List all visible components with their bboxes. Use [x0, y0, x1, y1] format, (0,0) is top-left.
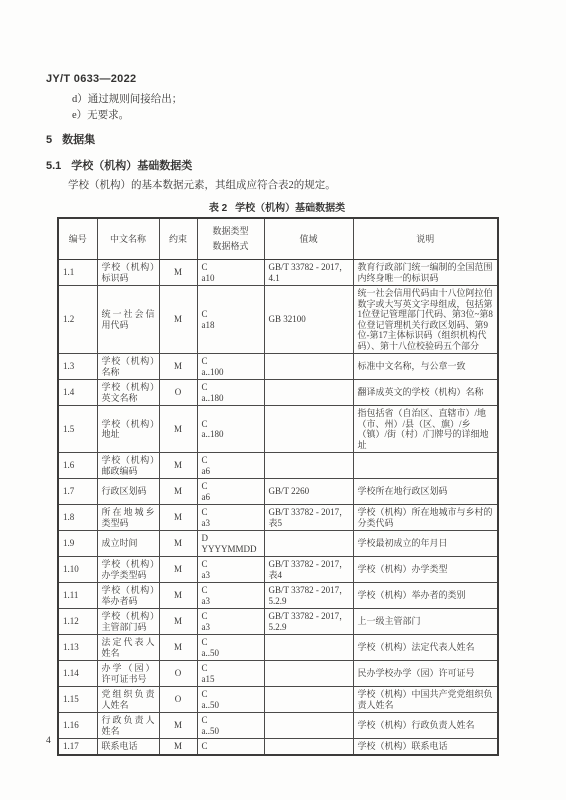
page-number: 4 [46, 736, 51, 746]
cell-name: 学校（机构）地址 [97, 406, 159, 453]
cell-desc: 指包括省（自治区、直辖市）/地（市、州）/县（区、旗）/乡（镇）/街（村）/门牌… [353, 406, 498, 453]
cell-datatype: C a6 [197, 453, 264, 479]
cell-range [264, 687, 353, 713]
cell-id: 1.2 [58, 286, 97, 354]
cell-range: GB/T 33782 - 2017， 4.1 [264, 260, 353, 286]
cell-range [264, 713, 353, 739]
list-item-d: d）通过规则间接给出； [72, 91, 182, 106]
table-row: 1.13法定代表人姓名MC a..50学校（机构）法定代表人姓名 [58, 635, 498, 661]
cell-constraint: M [159, 260, 197, 286]
table-row: 1.7行政区划码MC a6GB/T 2260学校所在地行政区划码 [58, 479, 498, 505]
header-id: 编号 [58, 218, 97, 260]
cell-datatype: C a..50 [197, 687, 264, 713]
table-row: 1.10学校（机构）办学类型码MC a3GB/T 33782 - 2017， 表… [58, 557, 498, 583]
cell-datatype: D YYYYMMDD [197, 531, 264, 557]
cell-range [264, 531, 353, 557]
table-row: 1.9成立时间MD YYYYMMDD学校最初成立的年月日 [58, 531, 498, 557]
cell-id: 1.3 [58, 354, 97, 380]
cell-id: 1.13 [58, 635, 97, 661]
header-range: 值域 [264, 218, 353, 260]
cell-datatype: C a3 [197, 557, 264, 583]
cell-constraint: M [159, 713, 197, 739]
cell-datatype: C a3 [197, 609, 264, 635]
cell-constraint: M [159, 739, 197, 755]
cell-constraint: M [159, 635, 197, 661]
cell-desc: 教育行政部门统一编制的全国范围内终身唯一的标识码 [353, 260, 498, 286]
cell-constraint: M [159, 531, 197, 557]
cell-name: 学校（机构）标识码 [97, 260, 159, 286]
cell-name: 办学（园）许可证书号 [97, 661, 159, 687]
cell-constraint: M [159, 453, 197, 479]
cell-datatype: C a6 [197, 479, 264, 505]
table-row: 1.17联系电话MC学校（机构）联系电话 [58, 739, 498, 755]
section-title: 数据集 [62, 134, 95, 146]
table-row: 1.4学校（机构）英文名称OC a..180翻译成英文的学校（机构）名称 [58, 380, 498, 406]
cell-name: 法定代表人姓名 [97, 635, 159, 661]
cell-range: GB/T 33782 - 2017， 表5 [264, 505, 353, 531]
cell-constraint: M [159, 354, 197, 380]
cell-range [264, 354, 353, 380]
table-row: 1.14办学（园）许可证书号OC a15民办学校办学（园）许可证号 [58, 661, 498, 687]
cell-desc: 统一社会信用代码由十八位阿拉伯数字或大写英文字母组成，包括第1位登记管理部门代码… [353, 286, 498, 354]
cell-constraint: O [159, 661, 197, 687]
cell-constraint: M [159, 479, 197, 505]
header-constraint: 约束 [159, 218, 197, 260]
cell-desc: 标准中文名称，与公章一致 [353, 354, 498, 380]
cell-desc: 学校（机构）联系电话 [353, 739, 498, 755]
section-heading-5: 5数据集 [46, 131, 95, 147]
cell-name: 学校（机构）主管部门码 [97, 609, 159, 635]
table-caption-title: 学校（机构）基础数据类 [235, 203, 345, 214]
cell-range: GB/T 33782 - 2017， 5.2.9 [264, 583, 353, 609]
table-row: 1.8所在地城乡类型码MC a3GB/T 33782 - 2017， 表5学校（… [58, 505, 498, 531]
cell-desc: 学校（机构）所在地城市与乡村的分类代码 [353, 505, 498, 531]
cell-id: 1.9 [58, 531, 97, 557]
subsection-title: 学校（机构）基础数据类 [71, 160, 192, 172]
cell-datatype: C [197, 739, 264, 755]
section-heading-5-1: 5.1学校（机构）基础数据类 [46, 157, 192, 173]
doc-number: JY/T 0633—2022 [46, 73, 136, 85]
cell-constraint: M [159, 505, 197, 531]
cell-id: 1.14 [58, 661, 97, 687]
cell-range: GB/T 2260 [264, 479, 353, 505]
table-row: 1.11学校（机构）举办者码MC a3GB/T 33782 - 2017， 5.… [58, 583, 498, 609]
table-row: 1.1学校（机构）标识码MC a10GB/T 33782 - 2017， 4.1… [58, 260, 498, 286]
table-row: 1.15党组织负责人姓名OC a..50学校（机构）中国共产党党组织负责人姓名 [58, 687, 498, 713]
cell-id: 1.12 [58, 609, 97, 635]
header-name: 中文名称 [97, 218, 159, 260]
cell-name: 学校（机构）邮政编码 [97, 453, 159, 479]
cell-desc: 学校所在地行政区划码 [353, 479, 498, 505]
table-row: 1.6学校（机构）邮政编码MC a6 [58, 453, 498, 479]
cell-id: 1.7 [58, 479, 97, 505]
cell-name: 统一社会信用代码 [97, 286, 159, 354]
cell-constraint: M [159, 609, 197, 635]
cell-range: GB/T 33782 - 2017， 5.2.9 [264, 609, 353, 635]
cell-range: GB 32100 [264, 286, 353, 354]
list-item-e: e）无要求。 [72, 107, 129, 122]
cell-datatype: C a18 [197, 286, 264, 354]
cell-desc: 学校（机构）法定代表人姓名 [353, 635, 498, 661]
basic-data-table: 编号 中文名称 约束 数据类型 数据格式 值域 说明 1.1学校（机构）标识码M… [57, 217, 499, 756]
section-number: 5 [46, 134, 52, 146]
cell-desc: 上一级主管部门 [353, 609, 498, 635]
cell-range [264, 380, 353, 406]
header-datatype: 数据类型 数据格式 [197, 218, 264, 260]
cell-datatype: C a..50 [197, 713, 264, 739]
cell-id: 1.16 [58, 713, 97, 739]
table-row: 1.12学校（机构）主管部门码MC a3GB/T 33782 - 2017， 5… [58, 609, 498, 635]
cell-datatype: C a15 [197, 661, 264, 687]
cell-name: 学校（机构）英文名称 [97, 380, 159, 406]
cell-constraint: M [159, 286, 197, 354]
table-row: 1.16行政负责人姓名MC a..50学校（机构）行政负责人姓名 [58, 713, 498, 739]
cell-datatype: C a..100 [197, 354, 264, 380]
cell-desc: 学校（机构）办学类型 [353, 557, 498, 583]
cell-range [264, 635, 353, 661]
cell-datatype: C a..180 [197, 380, 264, 406]
cell-datatype: C a..180 [197, 406, 264, 453]
cell-datatype: C a3 [197, 583, 264, 609]
table-row: 1.5学校（机构）地址MC a..180指包括省（自治区、直辖市）/地（市、州）… [58, 406, 498, 453]
cell-datatype: C a..50 [197, 635, 264, 661]
cell-desc: 学校最初成立的年月日 [353, 531, 498, 557]
cell-id: 1.1 [58, 260, 97, 286]
cell-desc: 学校（机构）中国共产党党组织负责人姓名 [353, 687, 498, 713]
cell-constraint: M [159, 583, 197, 609]
cell-name: 行政负责人姓名 [97, 713, 159, 739]
cell-id: 1.4 [58, 380, 97, 406]
cell-range [264, 661, 353, 687]
cell-constraint: M [159, 406, 197, 453]
cell-id: 1.5 [58, 406, 97, 453]
cell-range [264, 406, 353, 453]
cell-id: 1.15 [58, 687, 97, 713]
cell-name: 学校（机构）举办者码 [97, 583, 159, 609]
cell-name: 行政区划码 [97, 479, 159, 505]
table-caption: 表 2学校（机构）基础数据类 [57, 199, 497, 214]
cell-constraint: M [159, 557, 197, 583]
cell-desc: 学校（机构）举办者的类别 [353, 583, 498, 609]
cell-name: 党组织负责人姓名 [97, 687, 159, 713]
cell-name: 学校（机构）办学类型码 [97, 557, 159, 583]
cell-range [264, 739, 353, 755]
cell-constraint: O [159, 380, 197, 406]
table-header-row: 编号 中文名称 约束 数据类型 数据格式 值域 说明 [58, 218, 498, 260]
table-caption-number: 表 2 [209, 203, 227, 214]
subsection-number: 5.1 [46, 160, 61, 172]
cell-desc: 民办学校办学（园）许可证号 [353, 661, 498, 687]
cell-name: 所在地城乡类型码 [97, 505, 159, 531]
cell-desc [353, 453, 498, 479]
table-row: 1.2统一社会信用代码MC a18GB 32100统一社会信用代码由十八位阿拉伯… [58, 286, 498, 354]
document-page: JY/T 0633—2022 d）通过规则间接给出； e）无要求。 5数据集 5… [0, 0, 566, 800]
cell-id: 1.8 [58, 505, 97, 531]
cell-name: 成立时间 [97, 531, 159, 557]
cell-name: 学校（机构）名称 [97, 354, 159, 380]
table-header: 编号 中文名称 约束 数据类型 数据格式 值域 说明 [58, 218, 498, 260]
cell-name: 联系电话 [97, 739, 159, 755]
cell-id: 1.11 [58, 583, 97, 609]
cell-desc: 学校（机构）行政负责人姓名 [353, 713, 498, 739]
cell-id: 1.10 [58, 557, 97, 583]
cell-range: GB/T 33782 - 2017， 表4 [264, 557, 353, 583]
cell-id: 1.6 [58, 453, 97, 479]
cell-range [264, 453, 353, 479]
cell-desc: 翻译成英文的学校（机构）名称 [353, 380, 498, 406]
header-desc: 说明 [353, 218, 498, 260]
cell-datatype: C a10 [197, 260, 264, 286]
table-body: 1.1学校（机构）标识码MC a10GB/T 33782 - 2017， 4.1… [58, 260, 498, 755]
cell-constraint: O [159, 687, 197, 713]
cell-datatype: C a3 [197, 505, 264, 531]
intro-paragraph: 学校（机构）的基本数据元素，其组成应符合表2的规定。 [68, 177, 336, 192]
cell-id: 1.17 [58, 739, 97, 755]
table-row: 1.3学校（机构）名称MC a..100标准中文名称，与公章一致 [58, 354, 498, 380]
